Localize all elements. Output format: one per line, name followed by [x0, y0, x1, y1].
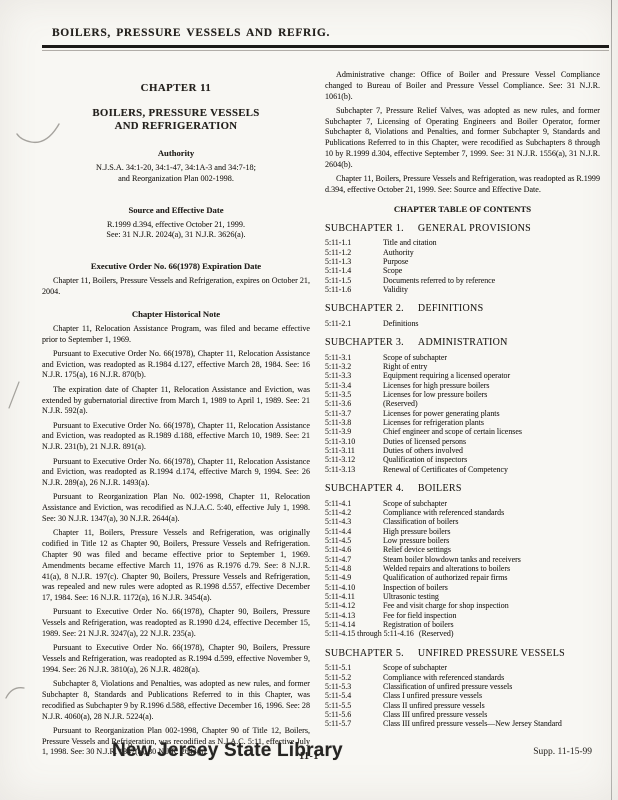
toc-item: 5:11-4.1Scope of subchapter [325, 499, 600, 508]
toc-item-title: Chief engineer and scope of certain lice… [383, 427, 600, 436]
historical-paragraph: Pursuant to Reorganization Plan No. 002-… [42, 492, 310, 524]
running-header-title: BOILERS, PRESSURE VESSELS AND REFRIG. [52, 27, 330, 39]
toc-item-number: 5:11-4.10 [325, 583, 383, 592]
chapter-title-heading: BOILERS, PRESSURE VESSELSAND REFRIGERATI… [42, 107, 310, 133]
toc-item: 5:11-4.2Compliance with referenced stand… [325, 508, 600, 517]
toc-item-number: 5:11-3.9 [325, 427, 383, 436]
toc-item-number: 5:11-3.4 [325, 381, 383, 390]
toc-item: 5:11-3.5Licenses for low pressure boiler… [325, 390, 600, 399]
toc-item: 5:11-5.6Class III unfired pressure vesse… [325, 710, 600, 719]
scan-edge-line [611, 0, 612, 800]
subchapter-heading: SUBCHAPTER 4.BOILERS [325, 483, 600, 494]
toc-item: 5:11-5.7Class III unfired pressure vesse… [325, 719, 600, 728]
chapter-historical-note-heading: Chapter Historical Note [42, 309, 310, 319]
subchapter-heading: SUBCHAPTER 2.DEFINITIONS [325, 303, 600, 314]
toc-item-title: Class III unfired pressure vessels [383, 710, 600, 719]
toc-item: 5:11-1.3Purpose [325, 257, 600, 266]
toc-item: 5:11-5.1Scope of subchapter [325, 663, 600, 672]
historical-paragraph: Subchapter 8, Violations and Penalties, … [42, 679, 310, 722]
toc-item-number: 5:11-3.2 [325, 362, 383, 371]
toc-item: 5:11-4.12Fee and visit charge for shop i… [325, 601, 600, 610]
toc-item-number: 5:11-4.12 [325, 601, 383, 610]
handwritten-mark [6, 380, 22, 410]
chapter-toc-heading: CHAPTER TABLE OF CONTENTS [325, 204, 600, 214]
toc-item-number: 5:11-4.2 [325, 508, 383, 517]
toc-item-number: 5:11-1.3 [325, 257, 383, 266]
toc-item-number: 5:11-4.5 [325, 536, 383, 545]
subchapter-name: DEFINITIONS [418, 303, 484, 314]
subchapter-number: SUBCHAPTER 2. [325, 303, 404, 314]
toc-item-title: Steam boiler blowdown tanks and receiver… [383, 555, 600, 564]
toc-item-title: Classification of boilers [383, 517, 600, 526]
toc-item-title: Fee and visit charge for shop inspection [383, 601, 600, 610]
toc-item-title: Validity [383, 285, 600, 294]
historical-paragraph: Pursuant to Executive Order No. 66(1978)… [42, 643, 310, 675]
toc-item-number: 5:11-5.5 [325, 701, 383, 710]
historical-note-paragraphs: Chapter 11, Relocation Assistance Progra… [42, 324, 310, 758]
subchapter-name: GENERAL PROVISIONS [418, 223, 531, 234]
toc-item: 5:11-4.7Steam boiler blowdown tanks and … [325, 555, 600, 564]
toc-subchapters: SUBCHAPTER 1.GENERAL PROVISIONS5:11-1.1T… [325, 223, 600, 729]
toc-item-title: Right of entry [383, 362, 600, 371]
toc-item: 5:11-1.4Scope [325, 266, 600, 275]
toc-item-title: (Reserved) [419, 629, 600, 638]
toc-item: 5:11-5.4Class I unfired pressure vessels [325, 691, 600, 700]
toc-item-number: 5:11-3.7 [325, 409, 383, 418]
subchapter-name: BOILERS [418, 483, 462, 494]
subchapter-name: ADMINISTRATION [418, 337, 508, 348]
toc-item-number: 5:11-4.11 [325, 592, 383, 601]
toc-item-title: Licenses for high pressure boilers [383, 381, 600, 390]
subchapter-heading: SUBCHAPTER 3.ADMINISTRATION [325, 337, 600, 348]
toc-item-number: 5:11-3.3 [325, 371, 383, 380]
toc-item: 5:11-3.3Equipment requiring a licensed o… [325, 371, 600, 380]
toc-item: 5:11-3.11Duties of others involved [325, 446, 600, 455]
header-rule [42, 45, 609, 48]
left-column: CHAPTER 11 BOILERS, PRESSURE VESSELSAND … [42, 70, 310, 742]
toc-item-title: Purpose [383, 257, 600, 266]
toc-item-title: Qualification of authorized repair firms [383, 573, 600, 582]
toc-item: 5:11-4.6Relief device settings [325, 545, 600, 554]
toc-item-title: Scope of subchapter [383, 353, 600, 362]
toc-item-number: 5:11-1.6 [325, 285, 383, 294]
historical-paragraph: Pursuant to Executive Order No. 66(1978)… [42, 349, 310, 381]
note-paragraph: Chapter 11, Boilers, Pressure Vessels an… [325, 174, 600, 196]
toc-item-number: 5:11-5.3 [325, 682, 383, 691]
toc-item: 5:11-4.9Qualification of authorized repa… [325, 573, 600, 582]
footer-center: 11-1 [0, 746, 618, 764]
toc-item-number: 5:11-3.5 [325, 390, 383, 399]
toc-item: 5:11-3.12Qualification of inspectors [325, 455, 600, 464]
toc-item-title: Class III unfired pressure vessels—New J… [383, 719, 600, 728]
toc-item-number: 5:11-4.3 [325, 517, 383, 526]
historical-paragraph: Chapter 11, Boilers, Pressure Vessels an… [42, 528, 310, 604]
subchapter-number: SUBCHAPTER 4. [325, 483, 404, 494]
source-effective-date-heading: Source and Effective Date [42, 205, 310, 215]
toc-item-number: 5:11-3.1 [325, 353, 383, 362]
spacer [42, 241, 310, 250]
toc-item: 5:11-4.15 through 5:11-4.16(Reserved) [325, 629, 600, 638]
toc-item: 5:11-3.10Duties of licensed persons [325, 437, 600, 446]
toc-item: 5:11-1.1Title and citation [325, 238, 600, 247]
source-line: See: 31 N.J.R. 2024(a), 31 N.J.R. 3626(a… [42, 230, 310, 241]
toc-item-title: Relief device settings [383, 545, 600, 554]
toc-item-title: (Reserved) [383, 399, 600, 408]
source-effective-date: R.1999 d.394, effective October 21, 1999… [42, 220, 310, 242]
note-paragraph: Administrative change: Office of Boiler … [325, 70, 600, 102]
toc-item-title: Class II unfired pressure vessels [383, 701, 600, 710]
toc-item: 5:11-4.10Inspection of boilers [325, 583, 600, 592]
chapter-number-heading: CHAPTER 11 [42, 82, 310, 94]
toc-item-title: Classification of unfired pressure vesse… [383, 682, 600, 691]
toc-item-title: Documents referred to by reference [383, 276, 600, 285]
toc-item-title: Renewal of Certificates of Competency [383, 465, 600, 474]
toc-item-title: Low pressure boilers [383, 536, 600, 545]
historical-paragraph: Pursuant to Executive Order No. 66(1978)… [42, 457, 310, 489]
subchapter-heading: SUBCHAPTER 1.GENERAL PROVISIONS [325, 223, 600, 234]
toc-item-number: 5:11-4.8 [325, 564, 383, 573]
authority-heading: Authority [42, 148, 310, 158]
right-column: Administrative change: Office of Boiler … [325, 70, 600, 742]
chapter-title-line: AND REFRIGERATION [42, 120, 310, 133]
toc-item-number: 5:11-4.4 [325, 527, 383, 536]
toc-item: 5:11-3.2Right of entry [325, 362, 600, 371]
scanned-page: BOILERS, PRESSURE VESSELS AND REFRIG. CH… [0, 0, 618, 800]
toc-item-number: 5:11-3.6 [325, 399, 383, 408]
toc-item: 5:11-3.7Licenses for power generating pl… [325, 409, 600, 418]
toc-item-number: 5:11-4.7 [325, 555, 383, 564]
subchapter-name: UNFIRED PRESSURE VESSELS [418, 648, 565, 659]
historical-paragraph: Chapter 11, Relocation Assistance Progra… [42, 324, 310, 346]
toc-item-title: Scope [383, 266, 600, 275]
toc-item-title: Compliance with referenced standards [383, 508, 600, 517]
chapter-title-line: BOILERS, PRESSURE VESSELS [42, 107, 310, 120]
toc-item-title: Compliance with referenced standards [383, 673, 600, 682]
toc-item: 5:11-4.5Low pressure boilers [325, 536, 600, 545]
toc-item-number: 5:11-5.1 [325, 663, 383, 672]
subchapter-number: SUBCHAPTER 3. [325, 337, 404, 348]
toc-item: 5:11-1.2Authority [325, 248, 600, 257]
toc-item-title: Duties of licensed persons [383, 437, 600, 446]
authority-line: and Reorganization Plan 002-1998. [42, 174, 310, 185]
historical-paragraph: Pursuant to Executive Order No. 66(1978)… [42, 421, 310, 453]
header-rule-echo [42, 50, 609, 51]
toc-item-number: 5:11-5.6 [325, 710, 383, 719]
toc-item-title: Scope of subchapter [383, 663, 600, 672]
toc-item: 5:11-2.1Definitions [325, 319, 600, 328]
toc-item-title: Title and citation [383, 238, 600, 247]
toc-item-title: Licenses for power generating plants [383, 409, 600, 418]
toc-item-number: 5:11-4.15 through 5:11-4.16 [325, 629, 419, 638]
toc-item-title: Duties of others involved [383, 446, 600, 455]
toc-item-title: Class I unfired pressure vessels [383, 691, 600, 700]
toc-item: 5:11-3.6(Reserved) [325, 399, 600, 408]
toc-item: 5:11-1.5Documents referred to by referen… [325, 276, 600, 285]
toc-item: 5:11-3.8Licenses for refrigeration plant… [325, 418, 600, 427]
toc-item: 5:11-4.4High pressure boilers [325, 527, 600, 536]
toc-item-number: 5:11-1.2 [325, 248, 383, 257]
subchapter-heading: SUBCHAPTER 5.UNFIRED PRESSURE VESSELS [325, 648, 600, 659]
toc-item: 5:11-3.13Renewal of Certificates of Comp… [325, 465, 600, 474]
toc-item-title: Scope of subchapter [383, 499, 600, 508]
subchapter-number: SUBCHAPTER 5. [325, 648, 404, 659]
authority-citation: N.J.S.A. 34:1-20, 34:1-47, 34:1A-3 and 3… [42, 163, 310, 185]
toc-item: 5:11-5.2Compliance with referenced stand… [325, 673, 600, 682]
toc-item-number: 5:11-5.4 [325, 691, 383, 700]
authority-line: N.J.S.A. 34:1-20, 34:1-47, 34:1A-3 and 3… [42, 163, 310, 174]
toc-item-number: 5:11-3.12 [325, 455, 383, 464]
toc-item-number: 5:11-3.8 [325, 418, 383, 427]
page-number: 11-1 [299, 751, 319, 762]
supplement-date: Supp. 11-15-99 [533, 747, 592, 757]
toc-item-title: Equipment requiring a licensed operator [383, 371, 600, 380]
toc-item-title: Licenses for refrigeration plants [383, 418, 600, 427]
toc-item-number: 5:11-1.5 [325, 276, 383, 285]
subchapter-number: SUBCHAPTER 1. [325, 223, 404, 234]
toc-item: 5:11-5.5Class II unfired pressure vessel… [325, 701, 600, 710]
toc-item-title: Licenses for low pressure boilers [383, 390, 600, 399]
toc-item-title: Registration of boilers [383, 620, 600, 629]
toc-item-number: 5:11-2.1 [325, 319, 383, 328]
toc-item-title: Qualification of inspectors [383, 455, 600, 464]
two-column-layout: CHAPTER 11 BOILERS, PRESSURE VESSELSAND … [42, 70, 600, 742]
toc-item: 5:11-4.8Welded repairs and alterations t… [325, 564, 600, 573]
toc-item: 5:11-4.14Registration of boilers [325, 620, 600, 629]
toc-item-number: 5:11-3.13 [325, 465, 383, 474]
toc-item-number: 5:11-3.10 [325, 437, 383, 446]
handwritten-mark [4, 682, 26, 702]
toc-item: 5:11-3.4Licenses for high pressure boile… [325, 381, 600, 390]
historical-paragraph: The expiration date of Chapter 11, Reloc… [42, 385, 310, 417]
toc-item: 5:11-4.13Fee for field inspection [325, 611, 600, 620]
toc-item-number: 5:11-4.13 [325, 611, 383, 620]
toc-item-number: 5:11-4.1 [325, 499, 383, 508]
toc-item-title: Authority [383, 248, 600, 257]
toc-item-number: 5:11-1.1 [325, 238, 383, 247]
toc-item: 5:11-4.11Ultrasonic testing [325, 592, 600, 601]
expiration-paragraph: Chapter 11, Boilers, Pressure Vessels an… [42, 276, 310, 298]
toc-item-title: High pressure boilers [383, 527, 600, 536]
toc-item-number: 5:11-4.9 [325, 573, 383, 582]
toc-item-title: Definitions [383, 319, 600, 328]
toc-item-number: 5:11-1.4 [325, 266, 383, 275]
toc-item: 5:11-4.3Classification of boilers [325, 517, 600, 526]
toc-item: 5:11-3.1Scope of subchapter [325, 353, 600, 362]
expiration-date-heading: Executive Order No. 66(1978) Expiration … [42, 261, 310, 271]
toc-item-number: 5:11-3.11 [325, 446, 383, 455]
toc-item-title: Inspection of boilers [383, 583, 600, 592]
toc-item: 5:11-3.9Chief engineer and scope of cert… [325, 427, 600, 436]
toc-item-number: 5:11-4.6 [325, 545, 383, 554]
toc-item-title: Welded repairs and alterations to boiler… [383, 564, 600, 573]
toc-item: 5:11-5.3Classification of unfired pressu… [325, 682, 600, 691]
note-paragraph: Subchapter 7, Pressure Relief Valves, wa… [325, 106, 600, 171]
toc-item-title: Fee for field inspection [383, 611, 600, 620]
administrative-change-paragraphs: Administrative change: Office of Boiler … [325, 70, 600, 196]
toc-item-number: 5:11-5.2 [325, 673, 383, 682]
toc-item-title: Ultrasonic testing [383, 592, 600, 601]
historical-paragraph: Pursuant to Executive Order No. 66(1978)… [42, 607, 310, 639]
spacer [42, 185, 310, 194]
toc-item: 5:11-1.6Validity [325, 285, 600, 294]
toc-item-number: 5:11-4.14 [325, 620, 383, 629]
toc-item-number: 5:11-5.7 [325, 719, 383, 728]
source-line: R.1999 d.394, effective October 21, 1999… [42, 220, 310, 231]
